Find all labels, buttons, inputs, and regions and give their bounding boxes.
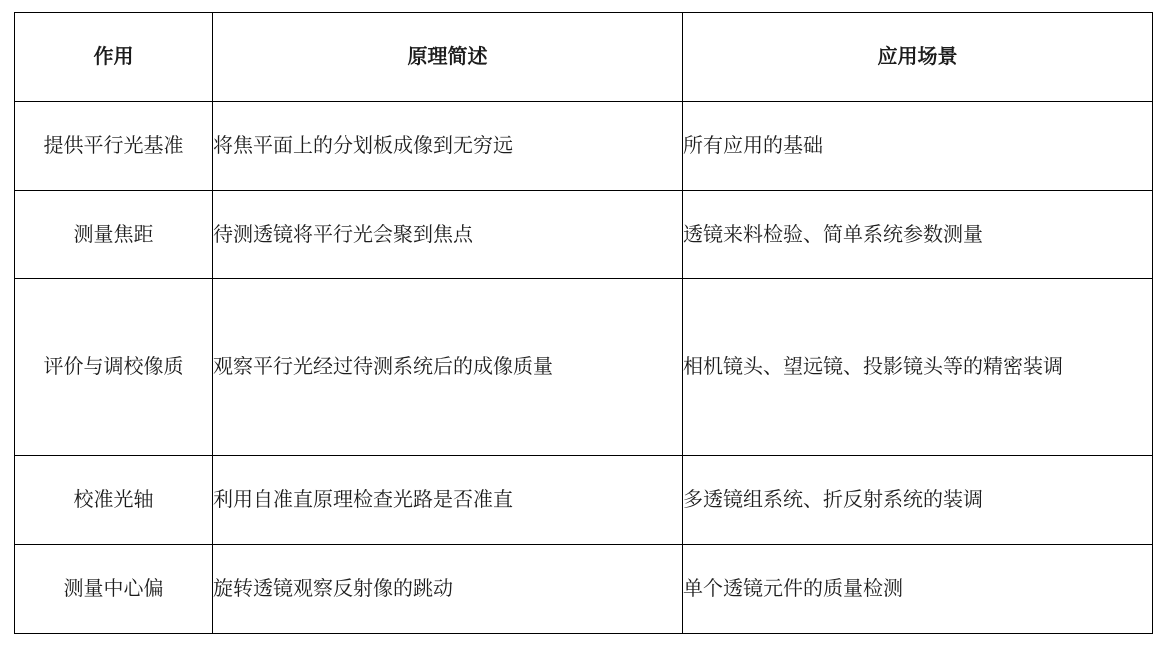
cell-application: 单个透镜元件的质量检测 — [683, 545, 1153, 634]
table-row: 测量焦距 待测透镜将平行光会聚到焦点 透镜来料检验、简单系统参数测量 — [15, 191, 1153, 279]
cell-application: 透镜来料检验、简单系统参数测量 — [683, 191, 1153, 279]
cell-application: 相机镜头、望远镜、投影镜头等的精密装调 — [683, 279, 1153, 456]
column-header-application: 应用场景 — [683, 13, 1153, 102]
cell-application: 多透镜组系统、折反射系统的装调 — [683, 456, 1153, 545]
table-row: 提供平行光基准 将焦平面上的分划板成像到无穷远 所有应用的基础 — [15, 102, 1153, 191]
column-header-function: 作用 — [15, 13, 213, 102]
cell-function: 校准光轴 — [15, 456, 213, 545]
cell-principle: 待测透镜将平行光会聚到焦点 — [213, 191, 683, 279]
cell-function: 提供平行光基准 — [15, 102, 213, 191]
document-page: 作用 原理简述 应用场景 提供平行光基准 将焦平面上的分划板成像到无穷远 所有应… — [0, 0, 1166, 646]
cell-function: 测量中心偏 — [15, 545, 213, 634]
cell-application: 所有应用的基础 — [683, 102, 1153, 191]
cell-principle: 将焦平面上的分划板成像到无穷远 — [213, 102, 683, 191]
cell-principle: 观察平行光经过待测系统后的成像质量 — [213, 279, 683, 456]
column-header-principle: 原理简述 — [213, 13, 683, 102]
cell-principle: 利用自准直原理检查光路是否准直 — [213, 456, 683, 545]
cell-principle: 旋转透镜观察反射像的跳动 — [213, 545, 683, 634]
cell-function: 评价与调校像质 — [15, 279, 213, 456]
table-row: 测量中心偏 旋转透镜观察反射像的跳动 单个透镜元件的质量检测 — [15, 545, 1153, 634]
cell-function: 测量焦距 — [15, 191, 213, 279]
table-row: 评价与调校像质 观察平行光经过待测系统后的成像质量 相机镜头、望远镜、投影镜头等… — [15, 279, 1153, 456]
collimator-functions-table: 作用 原理简述 应用场景 提供平行光基准 将焦平面上的分划板成像到无穷远 所有应… — [14, 12, 1153, 634]
table-header-row: 作用 原理简述 应用场景 — [15, 13, 1153, 102]
table-row: 校准光轴 利用自准直原理检查光路是否准直 多透镜组系统、折反射系统的装调 — [15, 456, 1153, 545]
